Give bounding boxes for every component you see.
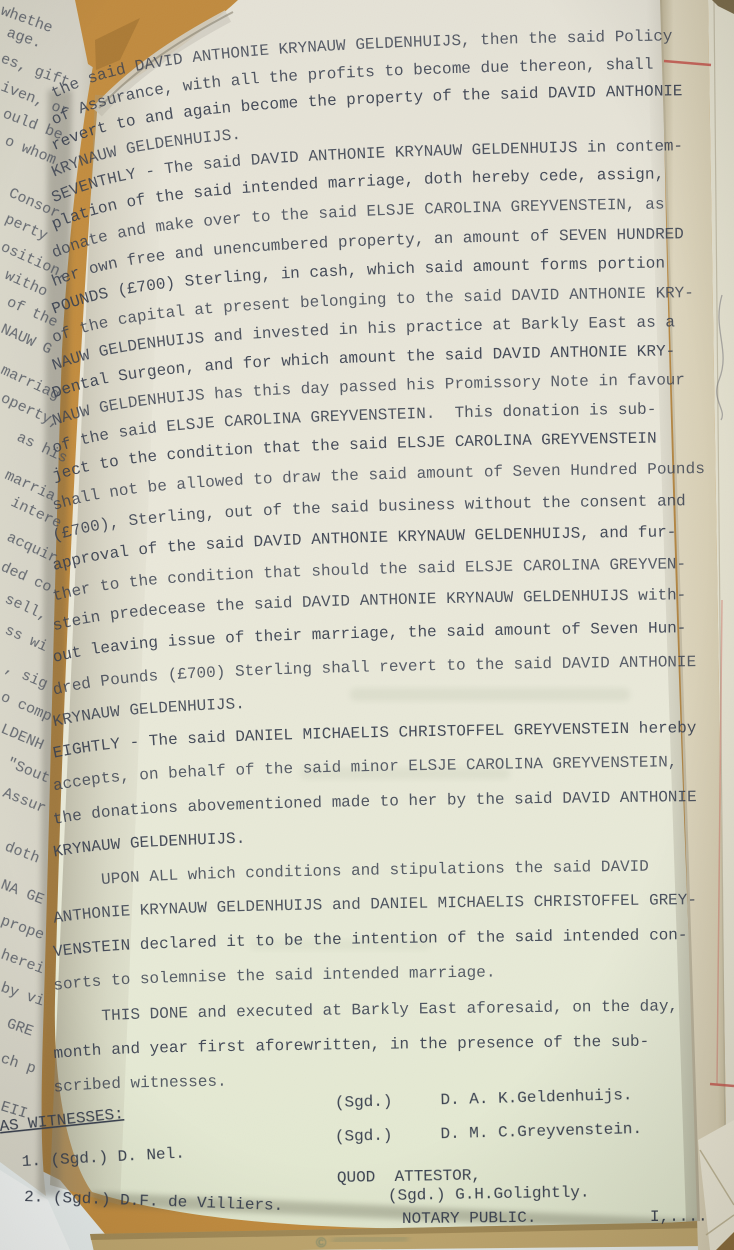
- photo-vignette: [0, 0, 734, 1250]
- document-photo-canvas: © the said DAVID ANTHONIE KRYNAUW GELDEN…: [0, 0, 734, 1250]
- photographed-document-page: © the said DAVID ANTHONIE KRYNAUW GELDEN…: [0, 0, 734, 1250]
